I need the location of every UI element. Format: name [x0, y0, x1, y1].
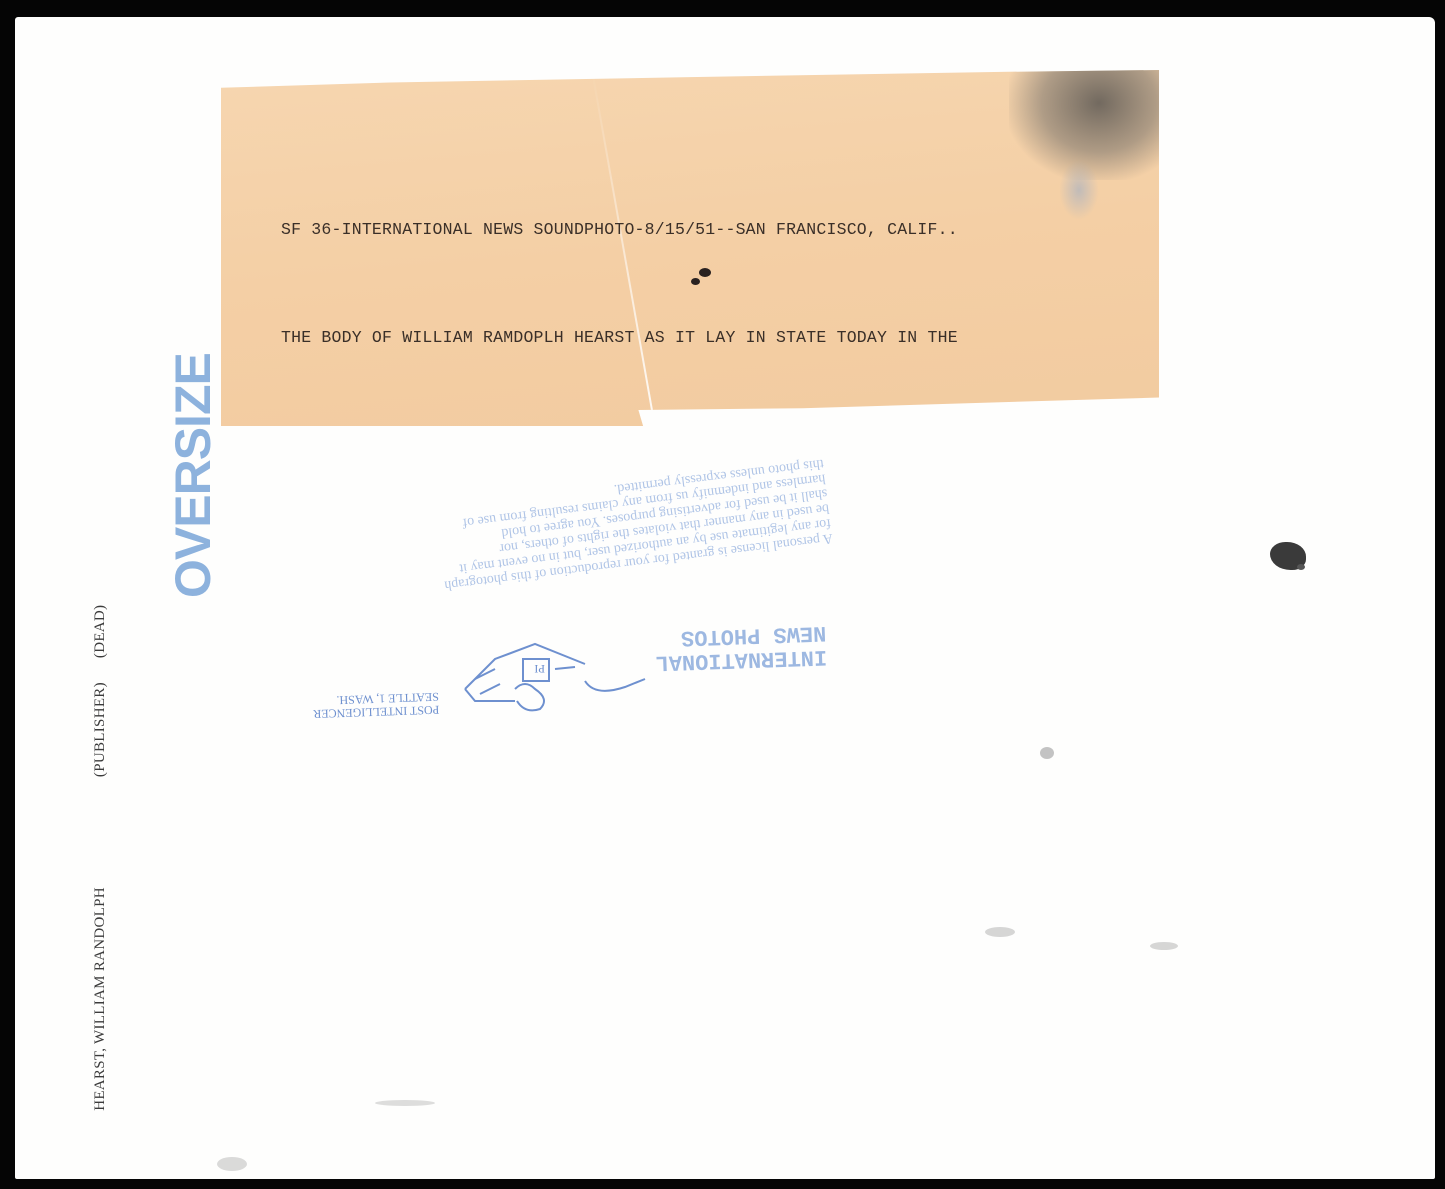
agency-line: NEWS PHOTOS [654, 620, 826, 650]
oversize-stamp: OVERSIZE [164, 418, 222, 598]
file-status: (DEAD) [92, 605, 108, 658]
license-stamp: A personal license is granted for your r… [306, 456, 833, 609]
caption-line: AT THE BIER-----------CALL-BULLETIN PHOT… [281, 756, 978, 792]
stain [985, 927, 1015, 937]
stain [1040, 747, 1054, 759]
file-occupation: (PUBLISHER) [92, 682, 108, 777]
ink-spot [699, 268, 711, 277]
ink-spot [691, 278, 700, 285]
file-label: HEARST, WILLIAM RANDOLPH(PUBLISHER)(DEAD… [75, 605, 126, 1127]
stain [1297, 564, 1305, 570]
logo-monogram: PI [534, 662, 545, 676]
agency-stamp: INTERNATIONAL NEWS PHOTOS [654, 620, 827, 674]
stain [375, 1100, 435, 1106]
blue-ink-smudge [1059, 160, 1099, 220]
stain [217, 1157, 247, 1171]
photo-back: SF 36-INTERNATIONAL NEWS SOUNDPHOTO-8/15… [15, 17, 1435, 1179]
stain [1150, 942, 1178, 950]
caption-line: SF 36-INTERNATIONAL NEWS SOUNDPHOTO-8/15… [281, 212, 978, 248]
caption-line: CHAPEL OF GRACE CATHREDAL, HIGH ATOP NOB… [281, 430, 978, 466]
caption-line: THE BODY OF WILLIAM RAMDOPLH HEARST AS I… [281, 320, 978, 356]
newspaper-logo-icon: PI [455, 639, 655, 719]
caption-slip: SF 36-INTERNATIONAL NEWS SOUNDPHOTO-8/15… [221, 70, 1159, 426]
newspaper-stamp: POST INTELLIGENCER SEATTLE 1, WASH. [313, 690, 440, 720]
file-name: HEARST, WILLIAM RANDOLPH [92, 887, 108, 1111]
